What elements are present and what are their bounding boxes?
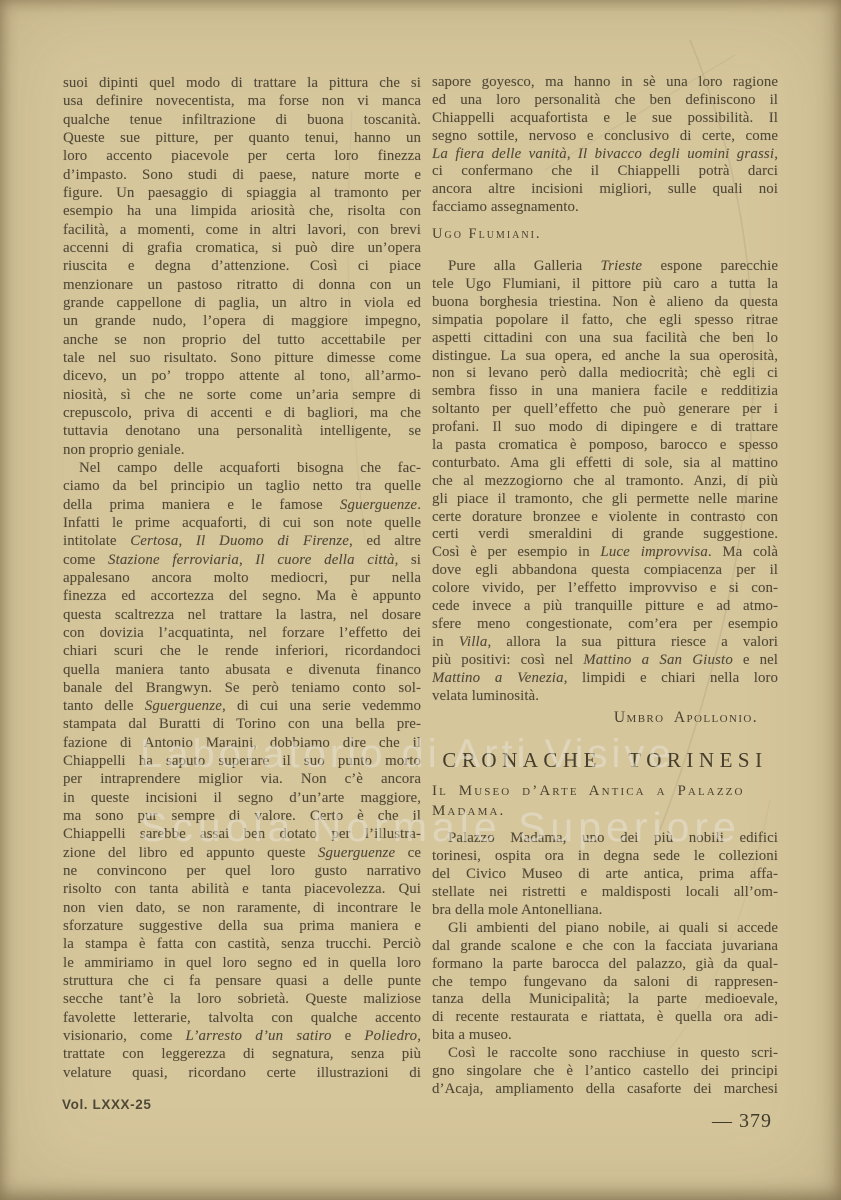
text-line: grande cappellone di paglia, un altro in… <box>63 294 421 312</box>
text-line: risolto con tanta abilità e tanta piacev… <box>63 880 421 898</box>
text-line: ancora altre incisioni migliori, sulle q… <box>432 181 778 199</box>
text-line: d’impasto. Sono studi di paese, nature m… <box>63 166 421 184</box>
text-line: stampata dal Buratti di Torino con una b… <box>63 715 421 733</box>
text-line: tanza della Municipalità; la parte medio… <box>432 991 778 1009</box>
text-line: profani. Il suo modo di dipingere e di t… <box>432 419 778 437</box>
text-line: dicevo, un po’ troppo attente al tono, a… <box>63 367 421 385</box>
paragraph-block: suoi dipinti quel modo di trattare la pi… <box>63 74 421 1082</box>
text-line: Palazzo Madama, uno dei più nobili edifi… <box>432 830 778 848</box>
paragraph-block: Pure alla Galleria Trieste espone parecc… <box>432 258 778 705</box>
text-line: intitolate Certosa, Il Duomo di Firenze,… <box>63 532 421 550</box>
text-line: non proprio geniale. <box>63 441 421 459</box>
text-line: gli piace il tramonto, che gli permette … <box>432 491 778 509</box>
text-line: La fiera delle vanità, Il bivacco degli … <box>432 146 778 164</box>
text-line: crepuscolo, priva di accenti e di baglio… <box>63 404 421 422</box>
scanned-journal-page: suoi dipinti quel modo di trattare la pi… <box>0 0 841 1200</box>
text-line: la pasta cromatica è pomposo, barocco e … <box>432 437 778 455</box>
author-signature-umbro-apollonio: Umbro Apollonio. <box>432 708 778 727</box>
text-line: Così è per esempio in Luce improvvisa. M… <box>432 544 778 562</box>
text-line: torinesi, ospita ora in degna sede le co… <box>432 848 778 866</box>
text-line: sforzature suggestive della sua prima ma… <box>63 917 421 935</box>
text-line: certi verdi smeraldini di grande suggest… <box>432 526 778 544</box>
text-line: suoi dipinti quel modo di trattare la pi… <box>63 74 421 92</box>
text-line: gno singolare che è l’antico castello de… <box>432 1063 778 1081</box>
text-line: la stampa è fatta con castità, senza tru… <box>63 935 421 953</box>
text-line: che al mezzogiorno che al tramonto. Anzi… <box>432 473 778 491</box>
text-line: Chiappelli acquafortista e le sue possib… <box>432 110 778 128</box>
section-heading-ugo-flumiani: Ugo Flumiani. <box>432 225 778 244</box>
text-line: stellate nei ristretti e maldisposti loc… <box>432 884 778 902</box>
paragraph-block: sapore goyesco, ma hanno in sè una loro … <box>432 74 778 217</box>
text-line: le ammiriamo in quel loro segno ed in qu… <box>63 954 421 972</box>
text-line: bita a museo. <box>432 1027 778 1045</box>
text-line: chiari scuri che le rende inferiori, ric… <box>63 642 421 660</box>
text-line: esempio ha una limpida ariosità che, ris… <box>63 202 421 220</box>
text-line: ne convincono per quel loro gusto narrat… <box>63 862 421 880</box>
text-line: figure. Un paesaggio di spiaggia al tram… <box>63 184 421 202</box>
text-line: non vien dato, se non raramente, di inco… <box>63 899 421 917</box>
text-line: riuscita e degna d’attenzione. Così ci p… <box>63 257 421 275</box>
text-line: tanto delle Sguerguenze, di cui una seri… <box>63 697 421 715</box>
text-line: con dovizia l’acquatinta, nel forzare l’… <box>63 624 421 642</box>
volume-label: Vol. LXXX-25 <box>62 1097 151 1112</box>
text-line: tale nel suo risultato. Sono pitture dim… <box>63 349 421 367</box>
text-line: formano la parte barocca del palazzo, gi… <box>432 956 778 974</box>
text-line: colore vivido, per l’effetto improvviso … <box>432 580 778 598</box>
text-line: Pure alla Galleria Trieste espone parecc… <box>432 258 778 276</box>
text-line: Infatti le prime acquaforti, di cui son … <box>63 514 421 532</box>
text-line: sfere meno congestionate, com’era per es… <box>432 616 778 634</box>
text-line: usa definire novecentista, ma forse non … <box>63 92 421 110</box>
text-line: anche se non proprio del tutto accettabi… <box>63 331 421 349</box>
text-line: distingue. La sua opera, ed anche la sua… <box>432 348 778 366</box>
text-line: dal grande scalone e che con la facciata… <box>432 938 778 956</box>
paragraph-block: Palazzo Madama, uno dei più nobili edifi… <box>432 830 778 1098</box>
text-line: d’Acaja, ampliamento della casaforte dei… <box>432 1081 778 1099</box>
text-line: finezza ed accortezza del segno. Ma è ap… <box>63 587 421 605</box>
text-line: ciamo da bel principio un taglio netto t… <box>63 477 421 495</box>
text-line: non si levano però dalla mediocrità; chè… <box>432 365 778 383</box>
text-line: del Civico Museo di arte antica, prima a… <box>432 866 778 884</box>
subsection-heading-museo-palazzo-madama: Il Museo d’Arte Antica a Palazzo Madama. <box>432 781 778 821</box>
text-line: Queste sue pitture, per quanto tenui, ha… <box>63 129 421 147</box>
text-line: che tempo fungevano da saloni di rappres… <box>432 974 778 992</box>
text-line: segno sottile, nervoso e conclusivo di c… <box>432 128 778 146</box>
text-line: dove egli abbandona questa compiacenza p… <box>432 562 778 580</box>
text-line: in Villa, allora la sua pittura riesce a… <box>432 634 778 652</box>
text-line: Così le raccolte sono racchiuse in quest… <box>432 1045 778 1063</box>
text-line: ci confermano che il Chiappelli potrà da… <box>432 163 778 181</box>
text-line: di recente restaurata e riattata, è quel… <box>432 1009 778 1027</box>
text-line: più positivi: così nel Mattino a San Giu… <box>432 652 778 670</box>
page-number: — 379 <box>702 1110 772 1133</box>
text-line: buona borghesia triestina. Non è alieno … <box>432 294 778 312</box>
text-line: un grande nudo, l’opera di maggiore impe… <box>63 312 421 330</box>
text-line: facilità, a momenti, come in altri lavor… <box>63 221 421 239</box>
text-line: secche tant’è la loro sobrietà. Queste m… <box>63 990 421 1008</box>
text-line: velature quasi, ricordano certe illustra… <box>63 1064 421 1082</box>
text-line: niosità, sì che ne sorte come un’aria se… <box>63 386 421 404</box>
text-line: Chiappelli ha saputo superare il suo pun… <box>63 752 421 770</box>
text-line: cede invece a più tranquille pitture e a… <box>432 598 778 616</box>
text-line: aspetti cittadini con una sua facilità c… <box>432 330 778 348</box>
text-line: sembra fisso in una maniera facile e red… <box>432 383 778 401</box>
text-line: Gli ambienti del piano nobile, ai quali … <box>432 920 778 938</box>
text-line: struttura che ci fa pensare quasi a dell… <box>63 972 421 990</box>
text-line: ma sono pur sempre di valore. Certo è ch… <box>63 807 421 825</box>
text-line: qualche tenue infiltrazione di buona tos… <box>63 111 421 129</box>
text-line: simpatia popolare il fatto, che egli spe… <box>432 312 778 330</box>
text-line: velata luminosità. <box>432 688 778 706</box>
text-line: zione del libro ed appunto queste Sguerg… <box>63 844 421 862</box>
text-line: Mattino a Venezia, limpidi e chiari nell… <box>432 670 778 688</box>
text-line: certe dorature bronzee e violente in con… <box>432 509 778 527</box>
text-line: sapore goyesco, ma hanno in sè una loro … <box>432 74 778 92</box>
section-title-cronache-torinesi: CRONACHE TORINESI <box>432 747 778 774</box>
text-line: bra della mole Antonelliana. <box>432 902 778 920</box>
text-line: in queste incisioni il segno d’un’arte m… <box>63 789 421 807</box>
text-line: appalesano ancora molto mediocri, pur ne… <box>63 569 421 587</box>
text-line: conturbato. Ama gli effetti di sole, sia… <box>432 455 778 473</box>
text-line: visionario, come L’arresto d’un satiro e… <box>63 1027 421 1045</box>
text-line: banale del Brangwyn. Se però teniamo con… <box>63 679 421 697</box>
text-line: quella maniera tanto abusata e divenuta … <box>63 661 421 679</box>
text-line: soltanto per quell’effetto che può gener… <box>432 401 778 419</box>
text-line: favolette letterarie, talvolta con qualc… <box>63 1009 421 1027</box>
left-text-column: suoi dipinti quel modo di trattare la pi… <box>63 74 421 1082</box>
text-line: ed una loro personalità che ben definisc… <box>432 92 778 110</box>
text-line: questa scaltrezza nel trattare la lastra… <box>63 606 421 624</box>
text-line: tuttavia denotano una personalità intell… <box>63 422 421 440</box>
text-line: Chiappelli sarebbe assai ben dotato per … <box>63 825 421 843</box>
text-line: menzionare un pastoso ritratto di donna … <box>63 276 421 294</box>
text-line: trattate con leggerezza di segnatura, se… <box>63 1045 421 1063</box>
text-line: Nel campo delle acquaforti bisogna che f… <box>63 459 421 477</box>
text-line: accenni di grafia cromatica, si può dire… <box>63 239 421 257</box>
text-line: tele Ugo Flumiani, il pittore più caro a… <box>432 276 778 294</box>
right-text-column: sapore goyesco, ma hanno in sè una loro … <box>432 74 778 1099</box>
text-line: loro accento piacevole per certa loro fi… <box>63 147 421 165</box>
text-line: fazione di Antonio Maraini, dobbiamo dir… <box>63 734 421 752</box>
text-line: per intraprendere miglior via. Non c’è a… <box>63 770 421 788</box>
text-line: della prima maniera e le famose Sguergue… <box>63 496 421 514</box>
text-line: come Stazione ferroviaria, Il cuore dell… <box>63 551 421 569</box>
text-line: facciamo assegnamento. <box>432 199 778 217</box>
